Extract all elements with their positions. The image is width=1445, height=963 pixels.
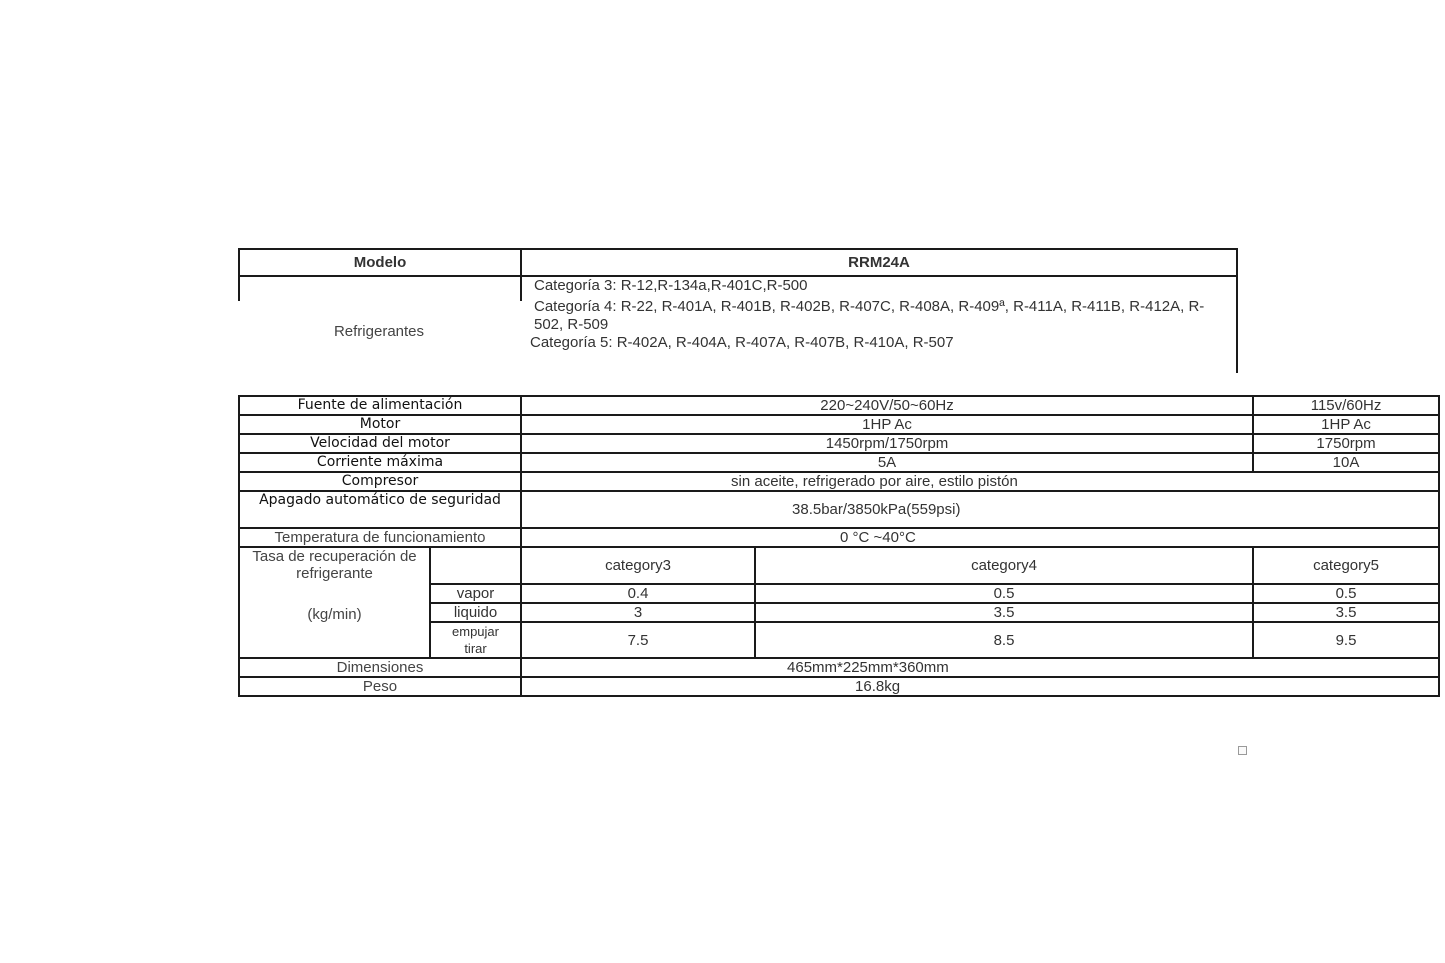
recovery-label: Tasa de recuperación de refrigerante [244, 548, 425, 582]
rate-cell: 7.5 [521, 622, 755, 658]
motor-value-2: 1HP Ac [1253, 415, 1439, 434]
refrigerants-label: Refrigerantes [238, 323, 520, 340]
border-fragment [238, 277, 240, 301]
mode-liquido: liquido [430, 603, 521, 622]
refrigerants-list: Categoría 3: R-12,R-134a,R-401C,R-500 Ca… [530, 277, 1220, 352]
model-row: Modelo RRM24A [238, 248, 1238, 277]
table-row: Motor 1HP Ac 1HP Ac [239, 415, 1439, 434]
table-row: Velocidad del motor 1450rpm/1750rpm 1750… [239, 434, 1439, 453]
table-row: Apagado automático de seguridad 38.5bar/… [239, 491, 1439, 528]
current-value-2: 10A [1253, 453, 1439, 472]
border-fragment [1236, 277, 1238, 373]
model-label: Modelo [240, 250, 522, 275]
border-fragment [520, 277, 522, 301]
shutoff-label: Apagado automático de seguridad [239, 491, 521, 528]
column-header-category4: category4 [755, 547, 1253, 584]
rate-cell: 3 [521, 603, 755, 622]
column-header-category5: category5 [1253, 547, 1439, 584]
weight-value: 16.8kg [521, 677, 1439, 696]
shutoff-value: 38.5bar/3850kPa(559psi) [521, 491, 1439, 528]
compressor-value: sin aceite, refrigerado por aire, estilo… [521, 472, 1439, 491]
table-row: Corriente máxima 5A 10A [239, 453, 1439, 472]
rate-cell: 0.4 [521, 584, 755, 603]
mode-push-pull: empujar tirar [430, 622, 521, 658]
weight-label: Peso [239, 677, 521, 696]
refrigerant-category-4: Categoría 4: R-22, R-401A, R-401B, R-402… [530, 298, 1220, 334]
empty-cell [430, 547, 521, 584]
rate-cell: 3.5 [1253, 603, 1439, 622]
table-row: Compresor sin aceite, refrigerado por ai… [239, 472, 1439, 491]
current-label: Corriente máxima [239, 453, 521, 472]
recovery-unit: (kg/min) [244, 606, 425, 623]
rate-cell: 0.5 [755, 584, 1253, 603]
refrigerants-row: Refrigerantes Categoría 3: R-12,R-134a,R… [238, 277, 1238, 373]
rate-cell: 0.5 [1253, 584, 1439, 603]
temperature-value: 0 °C ~40°C [521, 528, 1439, 547]
speed-value-1: 1450rpm/1750rpm [521, 434, 1253, 453]
rate-cell: 3.5 [755, 603, 1253, 622]
model-value: RRM24A [522, 250, 1236, 275]
table-row: Peso 16.8kg [239, 677, 1439, 696]
mode-vapor: vapor [430, 584, 521, 603]
power-label: Fuente de alimentación [239, 396, 521, 415]
speed-value-2: 1750rpm [1253, 434, 1439, 453]
recovery-label-cell: Tasa de recuperación de refrigerante (kg… [239, 547, 430, 658]
table-row: Tasa de recuperación de refrigerante (kg… [239, 547, 1439, 584]
dimensions-value: 465mm*225mm*360mm [521, 658, 1439, 677]
column-header-category3: category3 [521, 547, 755, 584]
rate-cell: 8.5 [755, 622, 1253, 658]
speed-label: Velocidad del motor [239, 434, 521, 453]
power-value-2: 115v/60Hz [1253, 396, 1439, 415]
compressor-label: Compresor [239, 472, 521, 491]
specifications-table: Fuente de alimentación 220~240V/50~60Hz … [238, 395, 1440, 697]
power-value-1: 220~240V/50~60Hz [521, 396, 1253, 415]
rate-cell: 9.5 [1253, 622, 1439, 658]
refrigerant-category-5: Categoría 5: R-402A, R-404A, R-407A, R-4… [530, 334, 1220, 352]
table-row: Temperatura de funcionamiento 0 °C ~40°C [239, 528, 1439, 547]
table-row: Dimensiones 465mm*225mm*360mm [239, 658, 1439, 677]
temperature-label: Temperatura de funcionamiento [239, 528, 521, 547]
model-refrigerant-table: Modelo RRM24A Refrigerantes Categoría 3:… [238, 248, 1238, 373]
current-value-1: 5A [521, 453, 1253, 472]
motor-value-1: 1HP Ac [521, 415, 1253, 434]
refrigerant-category-3: Categoría 3: R-12,R-134a,R-401C,R-500 [530, 277, 1220, 295]
motor-label: Motor [239, 415, 521, 434]
table-row: Fuente de alimentación 220~240V/50~60Hz … [239, 396, 1439, 415]
dimensions-label: Dimensiones [239, 658, 521, 677]
square-handle-icon[interactable] [1238, 746, 1247, 755]
